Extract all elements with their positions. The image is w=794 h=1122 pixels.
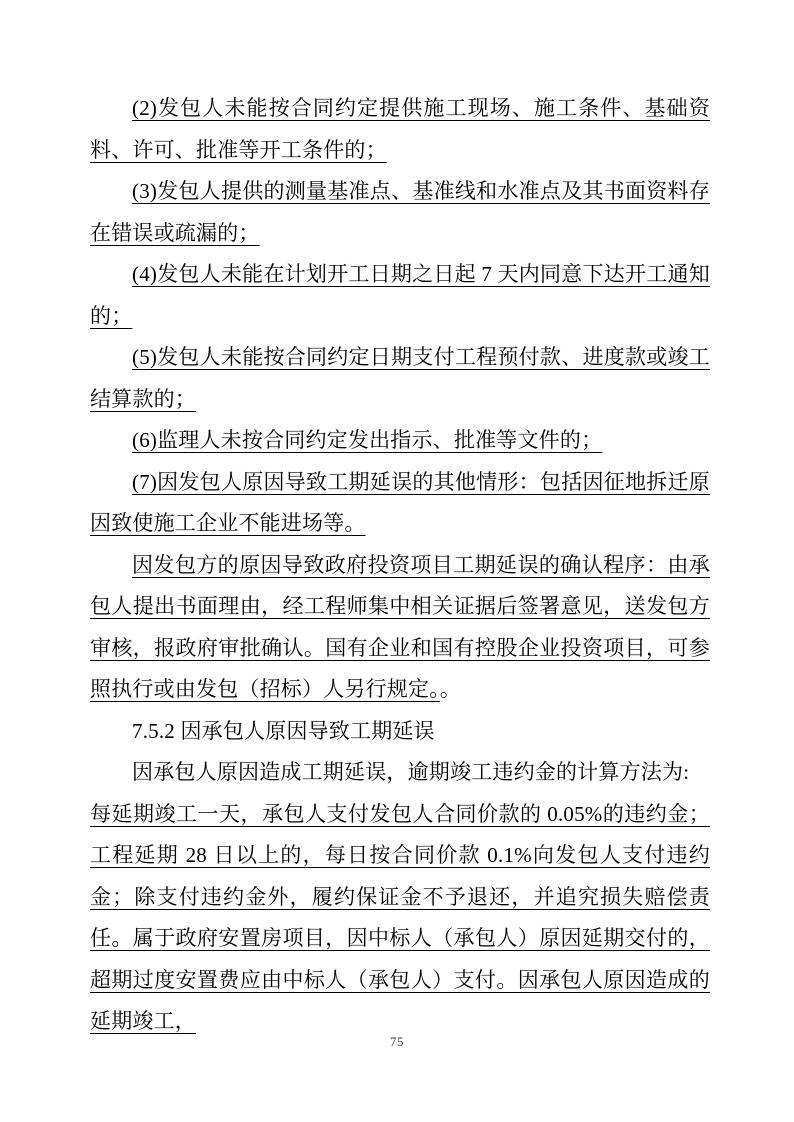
section-heading-7-5-2: 7.5.2 因承包人原因导致工期延误 (90, 711, 710, 753)
clause-7-text: (7)因发包人原因导致工期延误的其他情形：包括因征地拆迁原因致使施工企业不能进场… (90, 470, 710, 536)
clause-4-text: (4)发包人未能在计划开工日期之日起 7 天内同意下达开工通知的； (90, 262, 710, 328)
penalty-intro-text: 因承包人原因造成工期延误，逾期竣工违约金的计算方法为: (132, 760, 689, 784)
clause-6-text: (6)监理人未按合同约定发出指示、批准等文件的； (132, 428, 602, 452)
document-body: (2)发包人未能按合同约定提供施工现场、施工条件、基础资料、许可、批准等开工条件… (90, 88, 710, 1043)
paragraph-clause-6: (6)监理人未按合同约定发出指示、批准等文件的； (90, 420, 710, 462)
clause-3-text: (3)发包人提供的测量基准点、基准线和水准点及其书面资料存在错误或疏漏的； (90, 179, 710, 245)
paragraph-clause-2: (2)发包人未能按合同约定提供施工现场、施工条件、基础资料、许可、批准等开工条件… (90, 88, 710, 171)
paragraph-penalty-intro: 因承包人原因造成工期延误，逾期竣工违约金的计算方法为: (90, 752, 710, 794)
confirmation-procedure-trailing-period: 。 (440, 677, 461, 701)
paragraph-clause-7: (7)因发包人原因导致工期延误的其他情形：包括因征地拆迁原因致使施工企业不能进场… (90, 462, 710, 545)
section-heading-text: 7.5.2 因承包人原因导致工期延误 (132, 719, 435, 743)
page-number: 75 (0, 1034, 794, 1050)
document-page: (2)发包人未能按合同约定提供施工现场、施工条件、基础资料、许可、批准等开工条件… (0, 0, 794, 1122)
paragraph-clause-4: (4)发包人未能在计划开工日期之日起 7 天内同意下达开工通知的； (90, 254, 710, 337)
penalty-detail-text: 每延期竣工一天，承包人支付发包人合同价款的 0.05%的违约金；工程延期 28 … (90, 802, 710, 1034)
paragraph-clause-3: (3)发包人提供的测量基准点、基准线和水准点及其书面资料存在错误或疏漏的； (90, 171, 710, 254)
clause-5-text: (5)发包人未能按合同约定日期支付工程预付款、进度款或竣工结算款的； (90, 345, 710, 411)
paragraph-penalty-detail: 每延期竣工一天，承包人支付发包人合同价款的 0.05%的违约金；工程延期 28 … (90, 794, 710, 1043)
clause-2-text: (2)发包人未能按合同约定提供施工现场、施工条件、基础资料、许可、批准等开工条件… (90, 96, 710, 162)
paragraph-confirmation-procedure: 因发包方的原因导致政府投资项目工期延误的确认程序：由承包人提出书面理由，经工程师… (90, 545, 710, 711)
paragraph-clause-5: (5)发包人未能按合同约定日期支付工程预付款、进度款或竣工结算款的； (90, 337, 710, 420)
confirmation-procedure-text: 因发包方的原因导致政府投资项目工期延误的确认程序：由承包人提出书面理由，经工程师… (90, 553, 710, 702)
